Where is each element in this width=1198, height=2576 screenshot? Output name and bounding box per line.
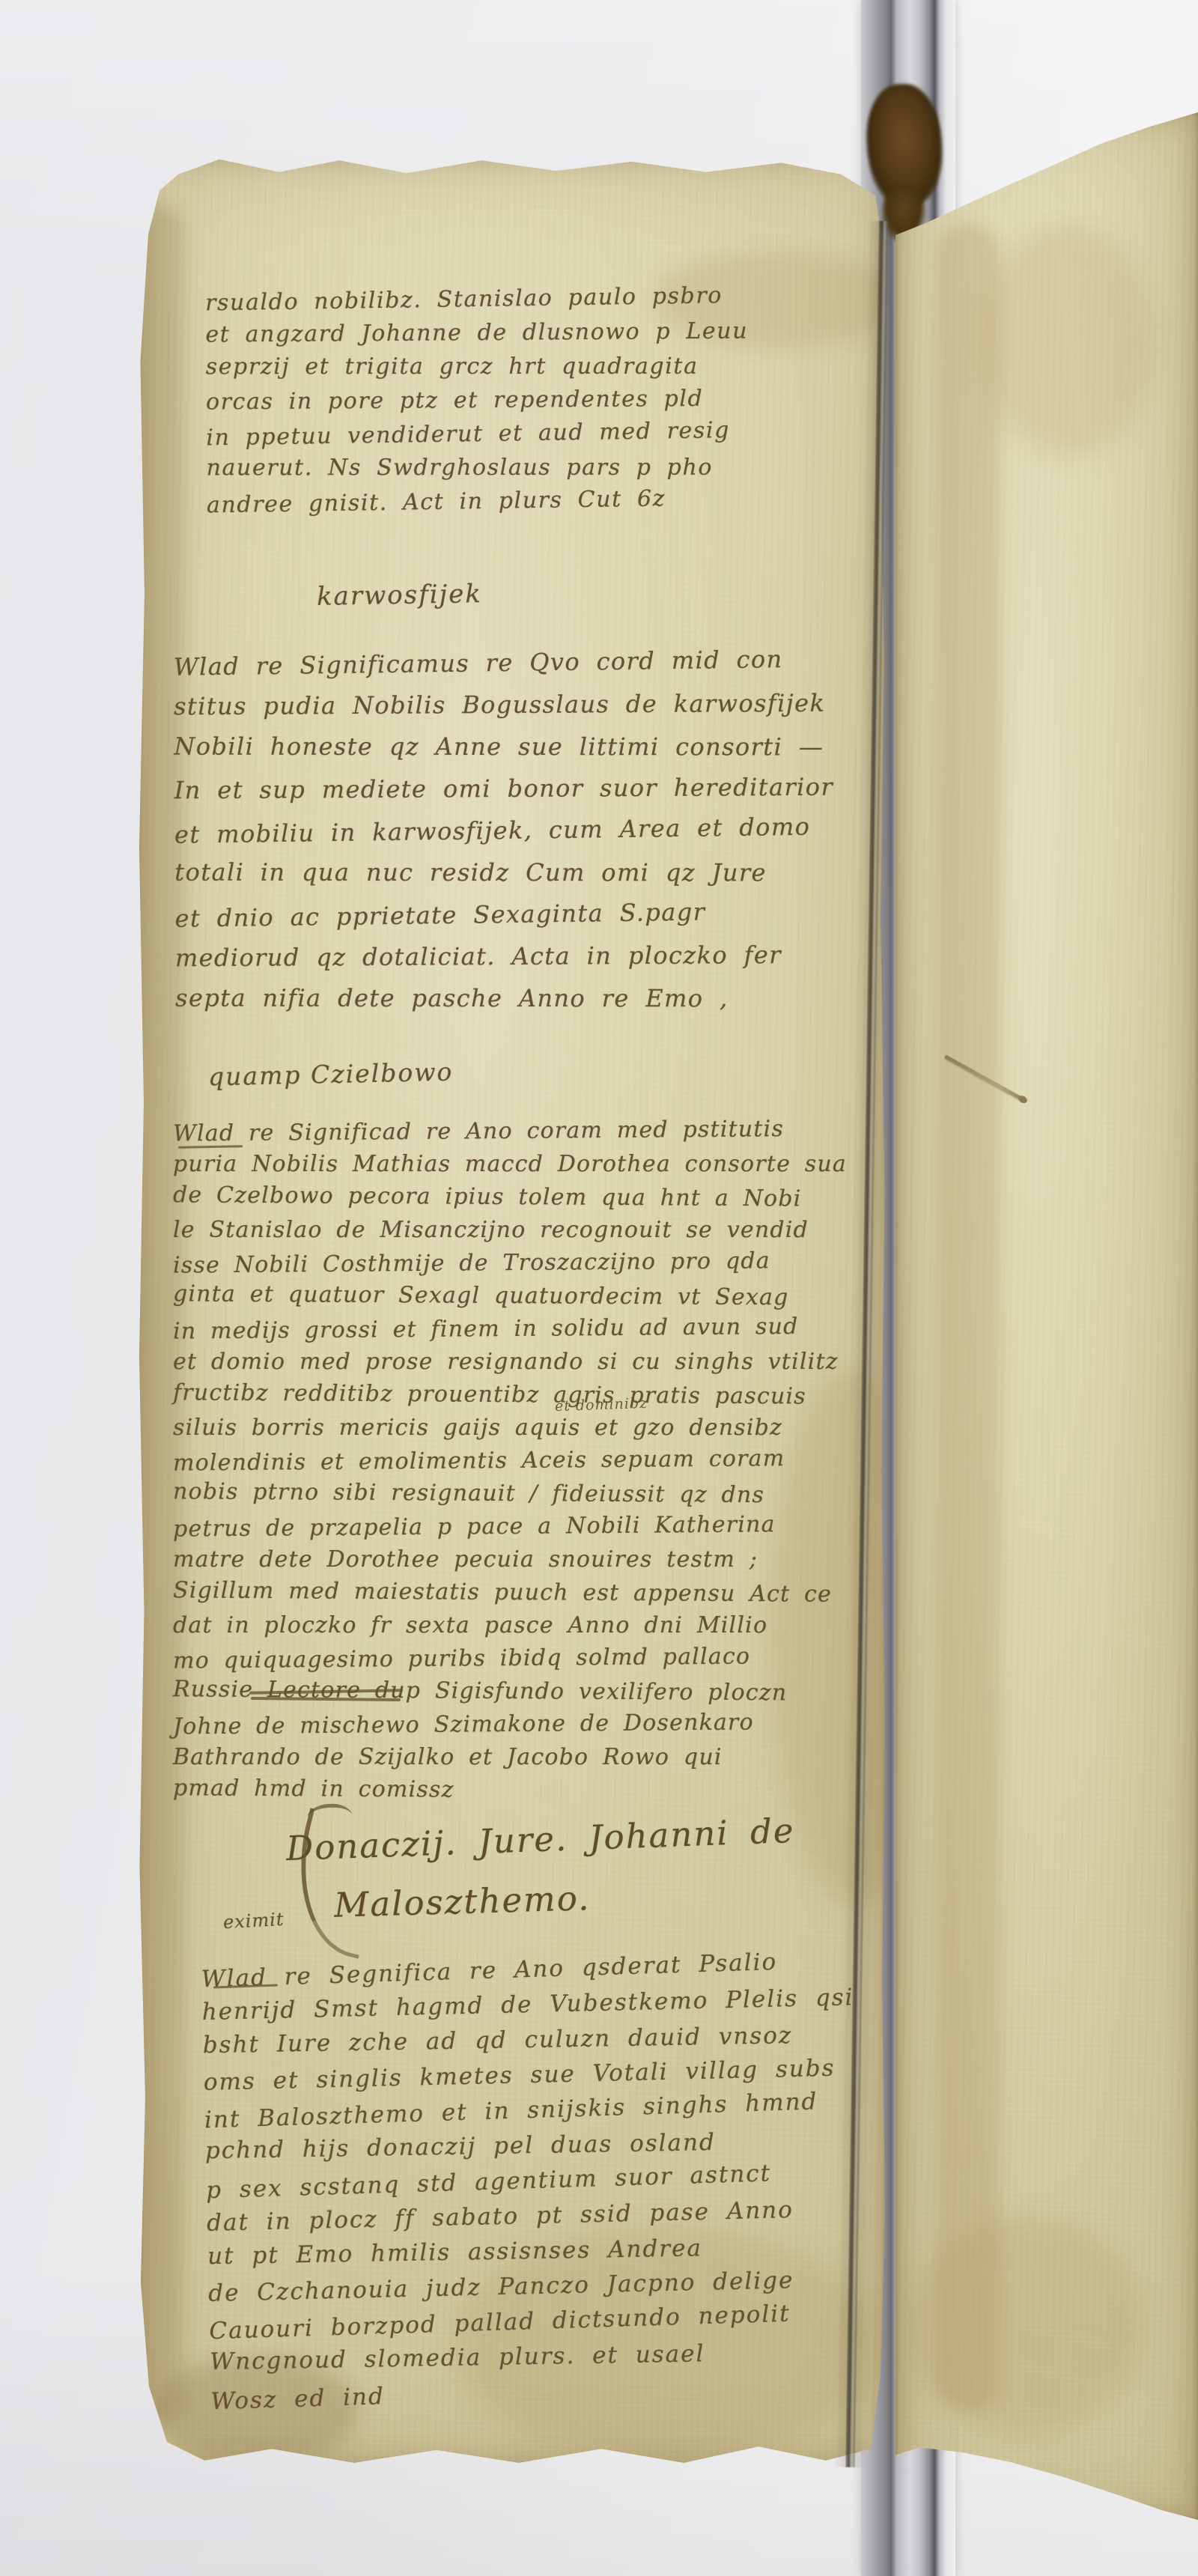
entry-2-heading: karwosfijek	[317, 579, 483, 612]
manuscript-text-line: petrus de przapelia p pace a Nobili Kath…	[173, 1507, 847, 1546]
water-stain	[982, 225, 1154, 457]
water-stain	[936, 225, 1000, 2411]
manuscript-text-line: Nobili honeste qz Anne sue littimi conso…	[174, 726, 833, 768]
manuscript-text-line: de Czelbowo pecora ipius tolem qua hnt a…	[173, 1179, 847, 1215]
manuscript-text-line: et dnio ac pprietate Sexaginta S.pagr	[174, 889, 834, 940]
manuscript-text-line: rsualdo nobilibz. Stanislao paulo psbro	[205, 279, 748, 321]
manuscript-text-line: nobis ptrno sibi resignauit / fideiussit…	[173, 1475, 847, 1512]
manuscript-text-line: Johne de mischewo Szimakone de Dosenkaro	[173, 1705, 847, 1743]
manuscript-text-line: Wlad re Significad re Ano coram med psti…	[173, 1112, 847, 1150]
manuscript-text-line: isse Nobili Costhmije de Troszaczijno pr…	[173, 1244, 847, 1282]
manuscript-text-line: mediorud qz dotaliciat. Acta in ploczko …	[175, 934, 835, 979]
manuscript-photo: rsualdo nobilibz. Stanislao paulo psbroe…	[0, 0, 1198, 2576]
handwriting-layer: rsualdo nobilibz. Stanislao paulo psbroe…	[137, 154, 886, 2467]
manuscript-text-line: In et sup mediete omi bonor suor heredit…	[174, 766, 834, 812]
manuscript-text-line: septa nifia dete pasche Anno re Emo ,	[175, 977, 834, 1020]
manuscript-text-line: in ppetuu vendiderut et aud med resig	[206, 413, 749, 455]
entry-1-paragraph: rsualdo nobilibz. Stanislao paulo psbroe…	[205, 280, 749, 520]
manuscript-text-line: fructibz redditibz prouentibz agris prat…	[173, 1376, 847, 1413]
manuscript-text-line: puria Nobilis Mathias maccd Dorothea con…	[173, 1148, 847, 1181]
manuscript-text-line: in medijs grossi et finem in solidu ad a…	[173, 1310, 847, 1348]
manuscript-text-line: dat in ploczko fr sexta pasce Anno dni M…	[173, 1609, 847, 1642]
entry-2-paragraph: Wlad re Significamus re Qvo cord mid con…	[174, 640, 835, 1021]
interlinear-insertion: et dominibz	[555, 1395, 648, 1415]
manuscript-text-line: Wlad re Significamus re Qvo cord mid con	[173, 637, 833, 688]
manuscript-text-line: ginta et quatuor Sexagl quatuordecim vt …	[173, 1278, 847, 1314]
manuscript-text-line: et mobiliu in karwosfijek, cum Area et d…	[174, 805, 834, 856]
manuscript-text-line: Bathrando de Szijalko et Jacobo Rowo qui	[173, 1741, 847, 1774]
manuscript-text-line: et angzard Johanne de dlusnowo p Leuu	[205, 314, 748, 351]
manuscript-text-line: matre dete Dorothee pecuia snouires test…	[173, 1543, 847, 1576]
right-page	[896, 112, 1198, 2520]
manuscript-text-line: orcas in pore ptz et rependentes pld	[206, 381, 749, 419]
manuscript-text-line: le Stanislao de Misanczijno recognouit s…	[173, 1214, 847, 1247]
manuscript-text-line: molendinis et emolimentis Aceis sepuam c…	[173, 1442, 847, 1480]
manuscript-text-line: andree gnisit. Act in plurs Cut 6z	[207, 481, 749, 523]
manuscript-text-line: mo quiquagesimo puribs ibidq solmd palla…	[173, 1639, 847, 1677]
entry-3-heading: quamp Czielbowo	[208, 1057, 454, 1092]
manuscript-text-line: nauerut. Ns Swdrghoslaus pars p pho	[207, 451, 749, 485]
left-page: rsualdo nobilibz. Stanislao paulo psbroe…	[137, 154, 886, 2467]
manuscript-text-line: totali in qua nuc residz Cum omi qz Jure	[174, 851, 833, 894]
manuscript-text-line: siluis borris mericis gaijs aquis et gzo…	[173, 1412, 847, 1445]
manuscript-text-line: seprzij et trigita grcz hrt quadragita	[206, 350, 749, 384]
margin-note: eximit	[222, 1909, 285, 1933]
water-stain	[910, 2217, 1143, 2434]
manuscript-text-line: Sigillum med maiestatis puuch est appens…	[173, 1574, 847, 1611]
manuscript-text-line: et domio med prose resignando si cu sing…	[173, 1346, 847, 1379]
entry-3-paragraph: Wlad re Significad re Ano coram med psti…	[173, 1115, 847, 1807]
manuscript-text-line: stitus pudia Nobilis Bogusslaus de karwo…	[174, 682, 833, 728]
entry-4-paragraph: Wlad re Segnifica re Ano qsderat Psalioh…	[201, 1945, 863, 2417]
